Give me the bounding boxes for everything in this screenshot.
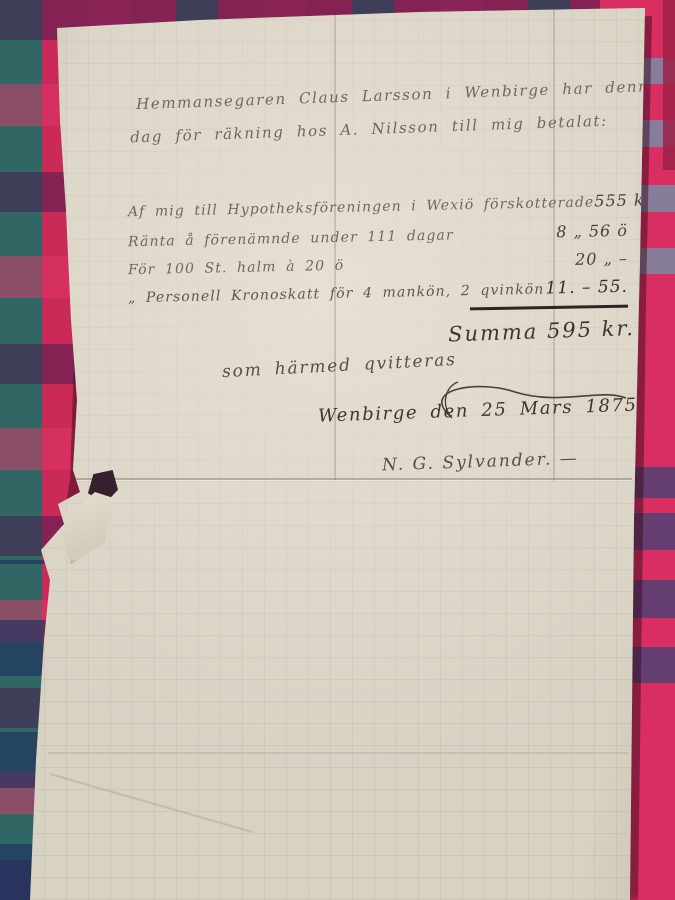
photo-of-receipt: Hemmansegaren Claus Larsson i Wenbirge h… [0,0,675,900]
ledger-row-amount: 20 „ – [575,249,628,269]
receipt-paper: Hemmansegaren Claus Larsson i Wenbirge h… [0,0,675,900]
signature: N. G. Sylvander. — [382,449,579,476]
fold-crease-horizontal [48,752,628,754]
cloth-maroon-band [663,0,675,170]
torn-corner-flap [52,492,126,564]
ledger-row-text: „ Personell Kronoskatt för 4 mankön, 2 q… [128,282,545,307]
ledger-row-text: Af mig till Hypotheksföreningen i Wexiö … [128,194,595,220]
fold-crease-horizontal [58,478,632,480]
ledger-row-amount: 11. – 55. [545,277,628,299]
ledger-row-text: För 100 St. halm à 20 ö [128,258,344,279]
intro-line-2: dag för räkning hos A. Nilsson till mig … [130,112,608,147]
ledger-row-text: Ränta å förenämnde under 111 dagar [128,227,454,250]
total-underline [470,305,628,311]
ledger-row-amount: 8 „ 56 ö [556,221,628,241]
intro-line-1: Hemmansegaren Claus Larsson i Wenbirge h… [136,77,660,113]
wrinkle-line [50,773,252,833]
